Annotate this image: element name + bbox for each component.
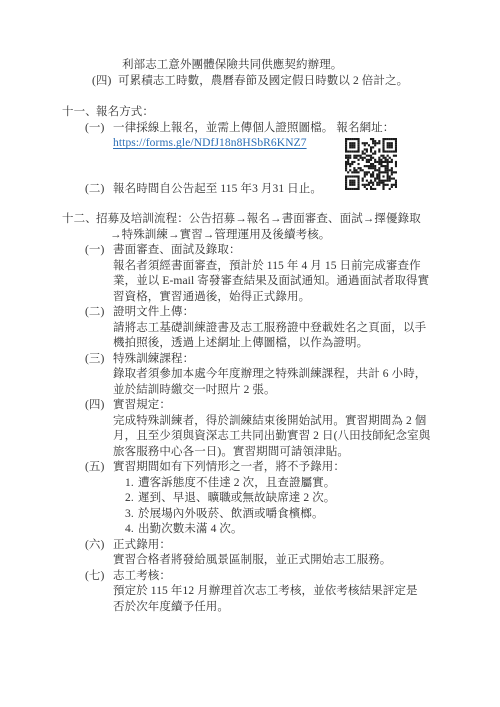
line-text: →特殊訓練→實習→管理運用及後續考核。: [110, 229, 330, 241]
line-text: 一律採線上報名，並需上傳個人證照圖檔。 報名網址：: [113, 122, 394, 134]
qr-code-icon: [345, 138, 397, 190]
text-line: 完成特殊訓練者，得於訓練結束後開始試用。實習期間為 2 個: [0, 414, 500, 430]
section-10-continuation: 利部志工意外團體保險共同供應契約辦理。(四)可累積志工時數，農曆春節及國定假日時…: [0, 58, 500, 89]
list-marker: 2.: [125, 491, 138, 507]
text-line: (六)正式錄用：: [0, 538, 500, 554]
line-text: 特殊訓練課程：: [113, 353, 194, 365]
list-marker: 十二、: [62, 212, 96, 228]
line-text: 習資格，實習通過後，始得正式錄用。: [113, 291, 310, 303]
text-line: 否於次年度續予任用。: [0, 600, 500, 616]
list-marker: 1.: [125, 476, 138, 492]
text-line: 預定於 115 年12 月辦理首次志工考核，並依考核結果評定是: [0, 584, 500, 600]
text-line: 請將志工基礎訓練證書及志工服務證中登載姓名之頁面，以手: [0, 321, 500, 337]
line-text: 報名方式：: [96, 106, 154, 118]
text-line: 實習合格者將發給風景區制服，並正式開始志工服務。: [0, 553, 500, 569]
text-line: 1.遭客訴態度不佳達 2 次，且查證屬實。: [0, 476, 500, 492]
line-text: 志工考核：: [113, 570, 171, 582]
line-text: 機拍照後，透過上述網址上傳圖檔，以作為證明。: [113, 337, 368, 349]
document-page: 利部志工意外團體保險共同供應契約辦理。(四)可累積志工時數，農曆春節及國定假日時…: [0, 0, 500, 707]
line-text: 實習期間如有下列情形之一者，將不予錄用：: [113, 461, 345, 473]
list-marker: (一): [85, 121, 113, 137]
line-text: 報名者須經書面審查，預計於 115 年 4 月 15 日前完成審查作: [113, 260, 421, 272]
text-line: (二)報名時間自公告起至 115 年3 月31 日止。: [0, 182, 500, 198]
list-marker: 十一、: [62, 105, 96, 121]
section-11-registration: 十一、報名方式：(一)一律採線上報名，並需上傳個人證照圖檔。 報名網址：http…: [0, 105, 500, 197]
text-line: 並於結訓時繳交一吋照片 2 張。: [0, 383, 500, 399]
line-text: 於展場內外吸菸、飲酒或嚼食檳榔。: [138, 508, 324, 520]
line-text: 月，且至少須與資深志工共同出勤實習 2 日(八田技師紀念室與: [113, 430, 430, 442]
list-marker: (三): [85, 352, 113, 368]
section-heading-11: 十一、報名方式：: [0, 105, 500, 121]
text-line: (四)可累積志工時數，農曆春節及國定假日時數以 2 倍計之。: [0, 74, 500, 90]
list-marker: (五): [85, 460, 113, 476]
text-line: (四)實習規定：: [0, 398, 500, 414]
line-text: 預定於 115 年12 月辦理首次志工考核，並依考核結果評定是: [113, 585, 418, 597]
list-marker: (四): [92, 74, 118, 90]
text-line: 習資格，實習通過後，始得正式錄用。: [0, 290, 500, 306]
text-line: (二)證明文件上傳：: [0, 305, 500, 321]
text-line: (五)實習期間如有下列情形之一者，將不予錄用：: [0, 460, 500, 476]
section-12-recruitment-training: 十二、招募及培訓流程：公告招募→報名→書面審查、面試→擇優錄取→特殊訓練→實習→…: [0, 212, 500, 615]
text-line: 3.於展場內外吸菸、飲酒或嚼食檳榔。: [0, 507, 500, 523]
document-body: 利部志工意外團體保險共同供應契約辦理。(四)可累積志工時數，農曆春節及國定假日時…: [0, 0, 500, 615]
line-text: 利部志工意外團體保險共同供應契約辦理。: [122, 59, 342, 71]
section-heading-12: 十二、招募及培訓流程：公告招募→報名→書面審查、面試→擇優錄取: [0, 212, 500, 228]
line-text: 可累積志工時數，農曆春節及國定假日時數以 2 倍計之。: [118, 75, 408, 87]
line-text: 否於次年度續予任用。: [113, 601, 229, 613]
line-text: 旅客服務中心各一日)。實習期間可請領津貼。: [113, 446, 349, 458]
line-text: 遲到、早退、曠職或無故缺席達 2 次。: [138, 492, 335, 504]
text-line: 業，並以 E-mail 寄發審查結果及面試通知。通過面試者取得實: [0, 274, 500, 290]
text-line: (七)志工考核：: [0, 569, 500, 585]
text-line: 利部志工意外團體保險共同供應契約辦理。: [0, 58, 500, 74]
registration-url-link: https://forms.gle/NDfJ18n8HSbR6KNZ7: [0, 136, 500, 152]
line-text: 出勤次數未滿 4 次。: [138, 523, 243, 535]
list-marker: 3.: [125, 507, 138, 523]
text-line: 機拍照後，透過上述網址上傳圖檔，以作為證明。: [0, 336, 500, 352]
line-text: 錄取者須參加本處今年度辦理之特殊訓練課程，共計 6 小時，: [113, 368, 426, 380]
qr-code-svg: [345, 138, 397, 190]
list-marker: 4.: [125, 522, 138, 538]
line-text: 完成特殊訓練者，得於訓練結束後開始試用。實習期間為 2 個: [113, 415, 426, 427]
text-line: 2.遲到、早退、曠職或無故缺席達 2 次。: [0, 491, 500, 507]
text-line: 4.出勤次數未滿 4 次。: [0, 522, 500, 538]
line-text: 實習規定：: [113, 399, 171, 411]
list-marker: (二): [85, 305, 113, 321]
line-text: 遭客訴態度不佳達 2 次，且查證屬實。: [138, 477, 335, 489]
line-text: 正式錄用：: [113, 539, 171, 551]
text-line: (一)一律採線上報名，並需上傳個人證照圖檔。 報名網址：: [0, 121, 500, 137]
text-line: →特殊訓練→實習→管理運用及後續考核。: [0, 228, 500, 244]
text-line: 月，且至少須與資深志工共同出勤實習 2 日(八田技師紀念室與: [0, 429, 500, 445]
line-text: 書面審查、面試及錄取：: [113, 244, 241, 256]
registration-link[interactable]: https://forms.gle/NDfJ18n8HSbR6KNZ7: [113, 137, 307, 149]
list-marker: (六): [85, 538, 113, 554]
list-marker: (四): [85, 398, 113, 414]
text-line: 錄取者須參加本處今年度辦理之特殊訓練課程，共計 6 小時，: [0, 367, 500, 383]
line-text: 請將志工基礎訓練證書及志工服務證中登載姓名之頁面，以手: [113, 322, 426, 334]
line-text: 實習合格者將發給風景區制服，並正式開始志工服務。: [113, 554, 391, 566]
text-line: 報名者須經書面審查，預計於 115 年 4 月 15 日前完成審查作: [0, 259, 500, 275]
line-text: 業，並以 E-mail 寄發審查結果及面試通知。通過面試者取得實: [113, 275, 429, 287]
text-line: 旅客服務中心各一日)。實習期間可請領津貼。: [0, 445, 500, 461]
list-marker: (七): [85, 569, 113, 585]
line-text: 招募及培訓流程：公告招募→報名→書面審查、面試→擇優錄取: [96, 213, 421, 225]
line-text: 證明文件上傳：: [113, 306, 194, 318]
line-text: 報名時間自公告起至 115 年3 月31 日止。: [113, 183, 322, 195]
text-line: (三)特殊訓練課程：: [0, 352, 500, 368]
list-marker: (二): [85, 182, 113, 198]
list-marker: (一): [85, 243, 113, 259]
line-text: 並於結訓時繳交一吋照片 2 張。: [113, 384, 276, 396]
text-line: (一)書面審查、面試及錄取：: [0, 243, 500, 259]
